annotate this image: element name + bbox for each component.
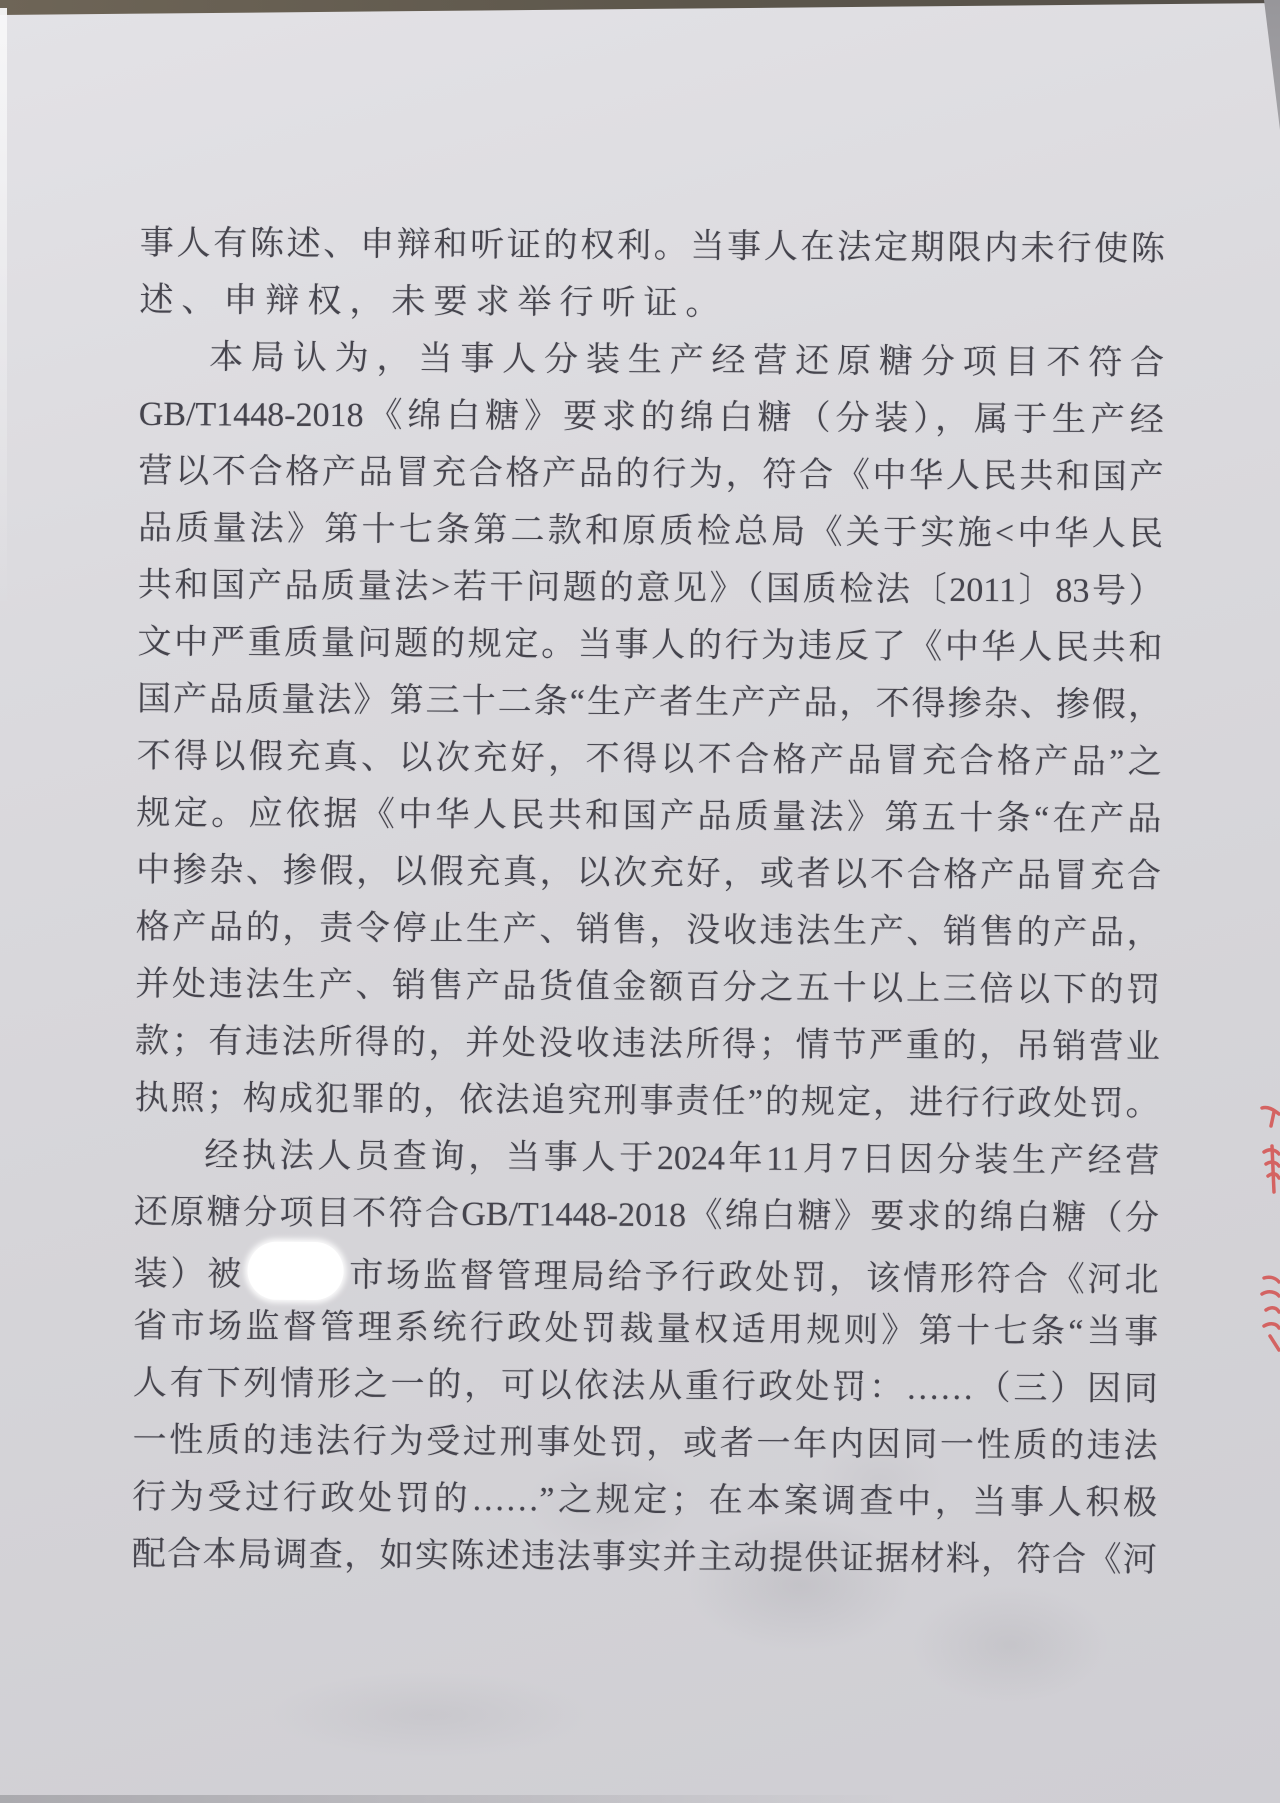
text-line: 并处违法生产、销售产品货值金额百分之五十以上三倍以下的罚 (135, 956, 1160, 1019)
text-line: 品质量法》第十七条第二款和原质检总局《关于实施<中华人民 (138, 500, 1163, 563)
paper-left-edge-highlight (0, 8, 7, 608)
text-line: 不得以假充真、以次充好，不得以不合格产品冒充合格产品”之 (137, 728, 1162, 791)
redaction-blob (247, 1242, 343, 1301)
text-line: 省市场监督管理系统行政处罚裁量权适用规则》第十七条“当事 (133, 1298, 1158, 1361)
photo-top-edge (0, 0, 1280, 16)
text-line: 国产品质量法》第三十二条“生产者生产产品，不得掺杂、掺假， (137, 671, 1162, 734)
text-line: 共和国产品质量法>若干问题的意见》（国质检法〔2011〕83号） (138, 557, 1163, 620)
text-line: 行为受过行政处罚的……”之规定；在本案调查中，当事人积极 (132, 1469, 1157, 1532)
text-line: 经执法人员查询，当事人于2024年11月7日因分装生产经营 (134, 1127, 1159, 1190)
document-text: 事人有陈述、申辩和听证的权利。当事人在法定期限内未行使陈述、申辩权，未要求举行听… (132, 215, 1165, 1589)
red-ink-mark (1248, 1100, 1280, 1200)
text-line: 配合本局调查，如实陈述违法事实并主动提供证据材料，符合《河 (132, 1526, 1157, 1589)
text-line: GB/T1448-2018《绵白糖》要求的绵白糖（分装），属于生产经 (139, 386, 1164, 449)
text-line: 人有下列情形之一的，可以依法从重行政处罚：……（三）因同 (133, 1355, 1158, 1418)
text-line: 装）被市场监督管理局给予行政处罚，该情形符合《河北 (133, 1241, 1158, 1304)
text-line: 款；有违法所得的，并处没收违法所得；情节严重的，吊销营业 (135, 1013, 1160, 1076)
red-ink-mark (1254, 1272, 1280, 1356)
text-line: 事人有陈述、申辩和听证的权利。当事人在法定期限内未行使陈 (140, 215, 1165, 278)
text-segment: 装）被 (133, 1256, 244, 1294)
document-photo: 事人有陈述、申辩和听证的权利。当事人在法定期限内未行使陈述、申辩权，未要求举行听… (0, 0, 1280, 1803)
photo-bottom-edge (0, 1795, 1280, 1803)
text-line: 还原糖分项目不符合GB/T1448-2018《绵白糖》要求的绵白糖（分 (134, 1184, 1159, 1247)
photo-right-edge (1250, 0, 1280, 130)
text-line: 营以不合格产品冒充合格产品的行为，符合《中华人民共和国产 (138, 443, 1163, 506)
text-line: 文中严重质量问题的规定。当事人的行为违反了《中华人民共和 (137, 614, 1162, 677)
text-segment: 市场监督管理局给予行政处罚，该情形符合《河北 (346, 1257, 1158, 1299)
text-line: 一性质的违法行为受过刑事处罚，或者一年内因同一性质的违法 (132, 1412, 1157, 1475)
text-line: 执照；构成犯罪的，依法追究刑事责任”的规定，进行行政处罚。 (134, 1070, 1159, 1133)
text-line: 述、申辩权，未要求举行听证。 (139, 272, 1164, 335)
text-line: 格产品的，责令停止生产、销售，没收违法生产、销售的产品， (135, 899, 1160, 962)
text-line: 规定。应依据《中华人民共和国产品质量法》第五十条“在产品 (136, 785, 1161, 848)
text-line: 本局认为，当事人分装生产经营还原糖分项目不符合 (139, 329, 1164, 392)
text-line: 中掺杂、掺假，以假充真，以次充好，或者以不合格产品冒充合 (136, 842, 1161, 905)
